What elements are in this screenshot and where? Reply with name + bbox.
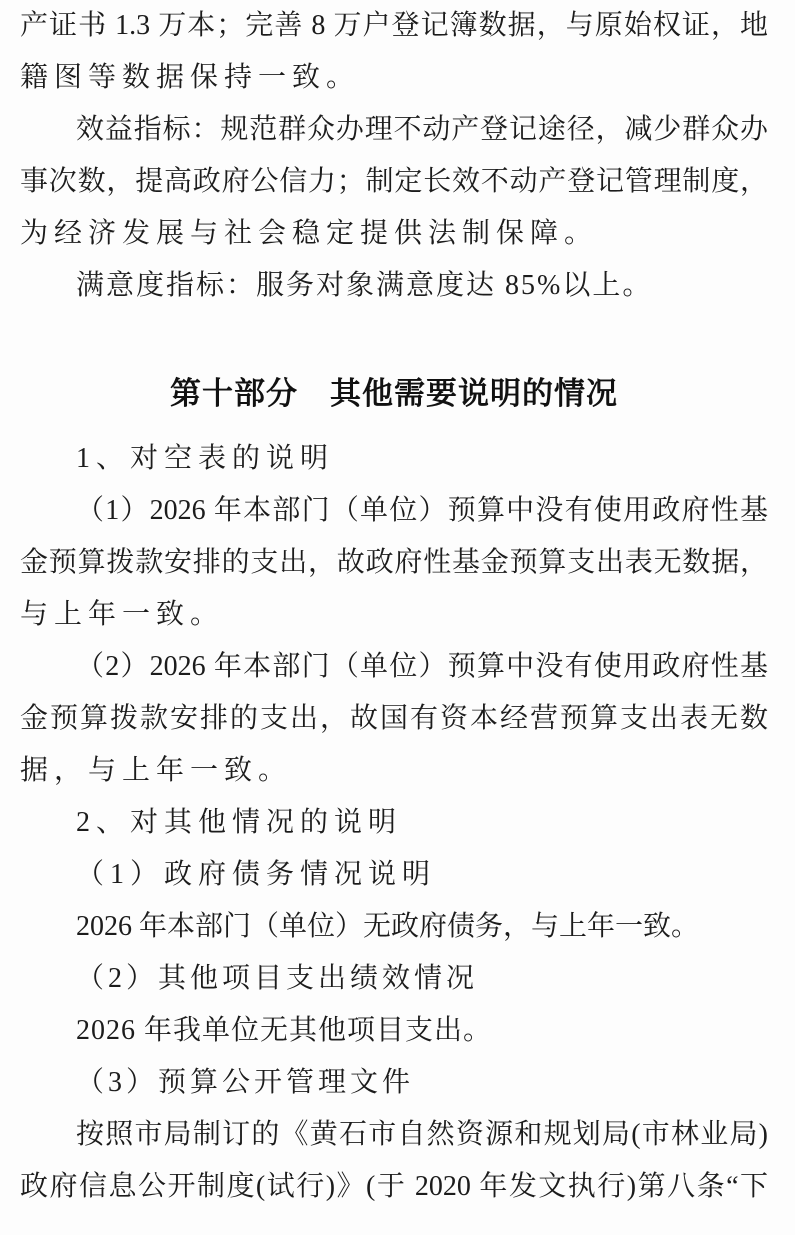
document-line: 据，与上年一致。 [20,745,768,797]
document-line: 1、对空表的说明 [20,433,768,485]
section-heading: 第十部分 其他需要说明的情况 [20,368,768,420]
document-line: 2、对其他情况的说明 [20,797,768,849]
document-line: 满意度指标：服务对象满意度达 85%以上。 [20,260,768,312]
document-line: （1）2026 年本部门（单位）预算中没有使用政府性基 [20,485,768,537]
document-line: 籍图等数据保持一致。 [20,52,768,104]
document-line: 按照市局制订的《黄石市自然资源和规划局(市林业局) [20,1109,768,1161]
document-line: （2）其他项目支出绩效情况 [20,953,768,1005]
document-line: 事次数，提高政府公信力；制定长效不动产登记管理制度， [20,156,768,208]
document-line: 产证书 1.3 万本；完善 8 万户登记簿数据，与原始权证，地 [20,0,768,52]
document-line: 2026 年我单位无其他项目支出。 [20,1005,768,1057]
document-line: 2026 年本部门（单位）无政府债务，与上年一致。 [20,901,768,953]
document-line: （1）政府债务情况说明 [20,849,768,901]
document-line: 政府信息公开制度(试行)》(于 2020 年发文执行)第八条“下 [20,1161,768,1213]
document-page: 产证书 1.3 万本；完善 8 万户登记簿数据，与原始权证，地 籍图等数据保持一… [0,0,795,1235]
document-line: 为经济发展与社会稳定提供法制保障。 [20,208,768,260]
document-line: 与上年一致。 [20,589,768,641]
document-line: （2）2026 年本部门（单位）预算中没有使用政府性基 [20,641,768,693]
document-line: 效益指标：规范群众办理不动产登记途径，减少群众办 [20,104,768,156]
document-line: 金预算拨款安排的支出，故国有资本经营预算支出表无数 [20,693,768,745]
document-line: （3）预算公开管理文件 [20,1057,768,1109]
document-line: 金预算拨款安排的支出，故政府性基金预算支出表无数据， [20,537,768,589]
